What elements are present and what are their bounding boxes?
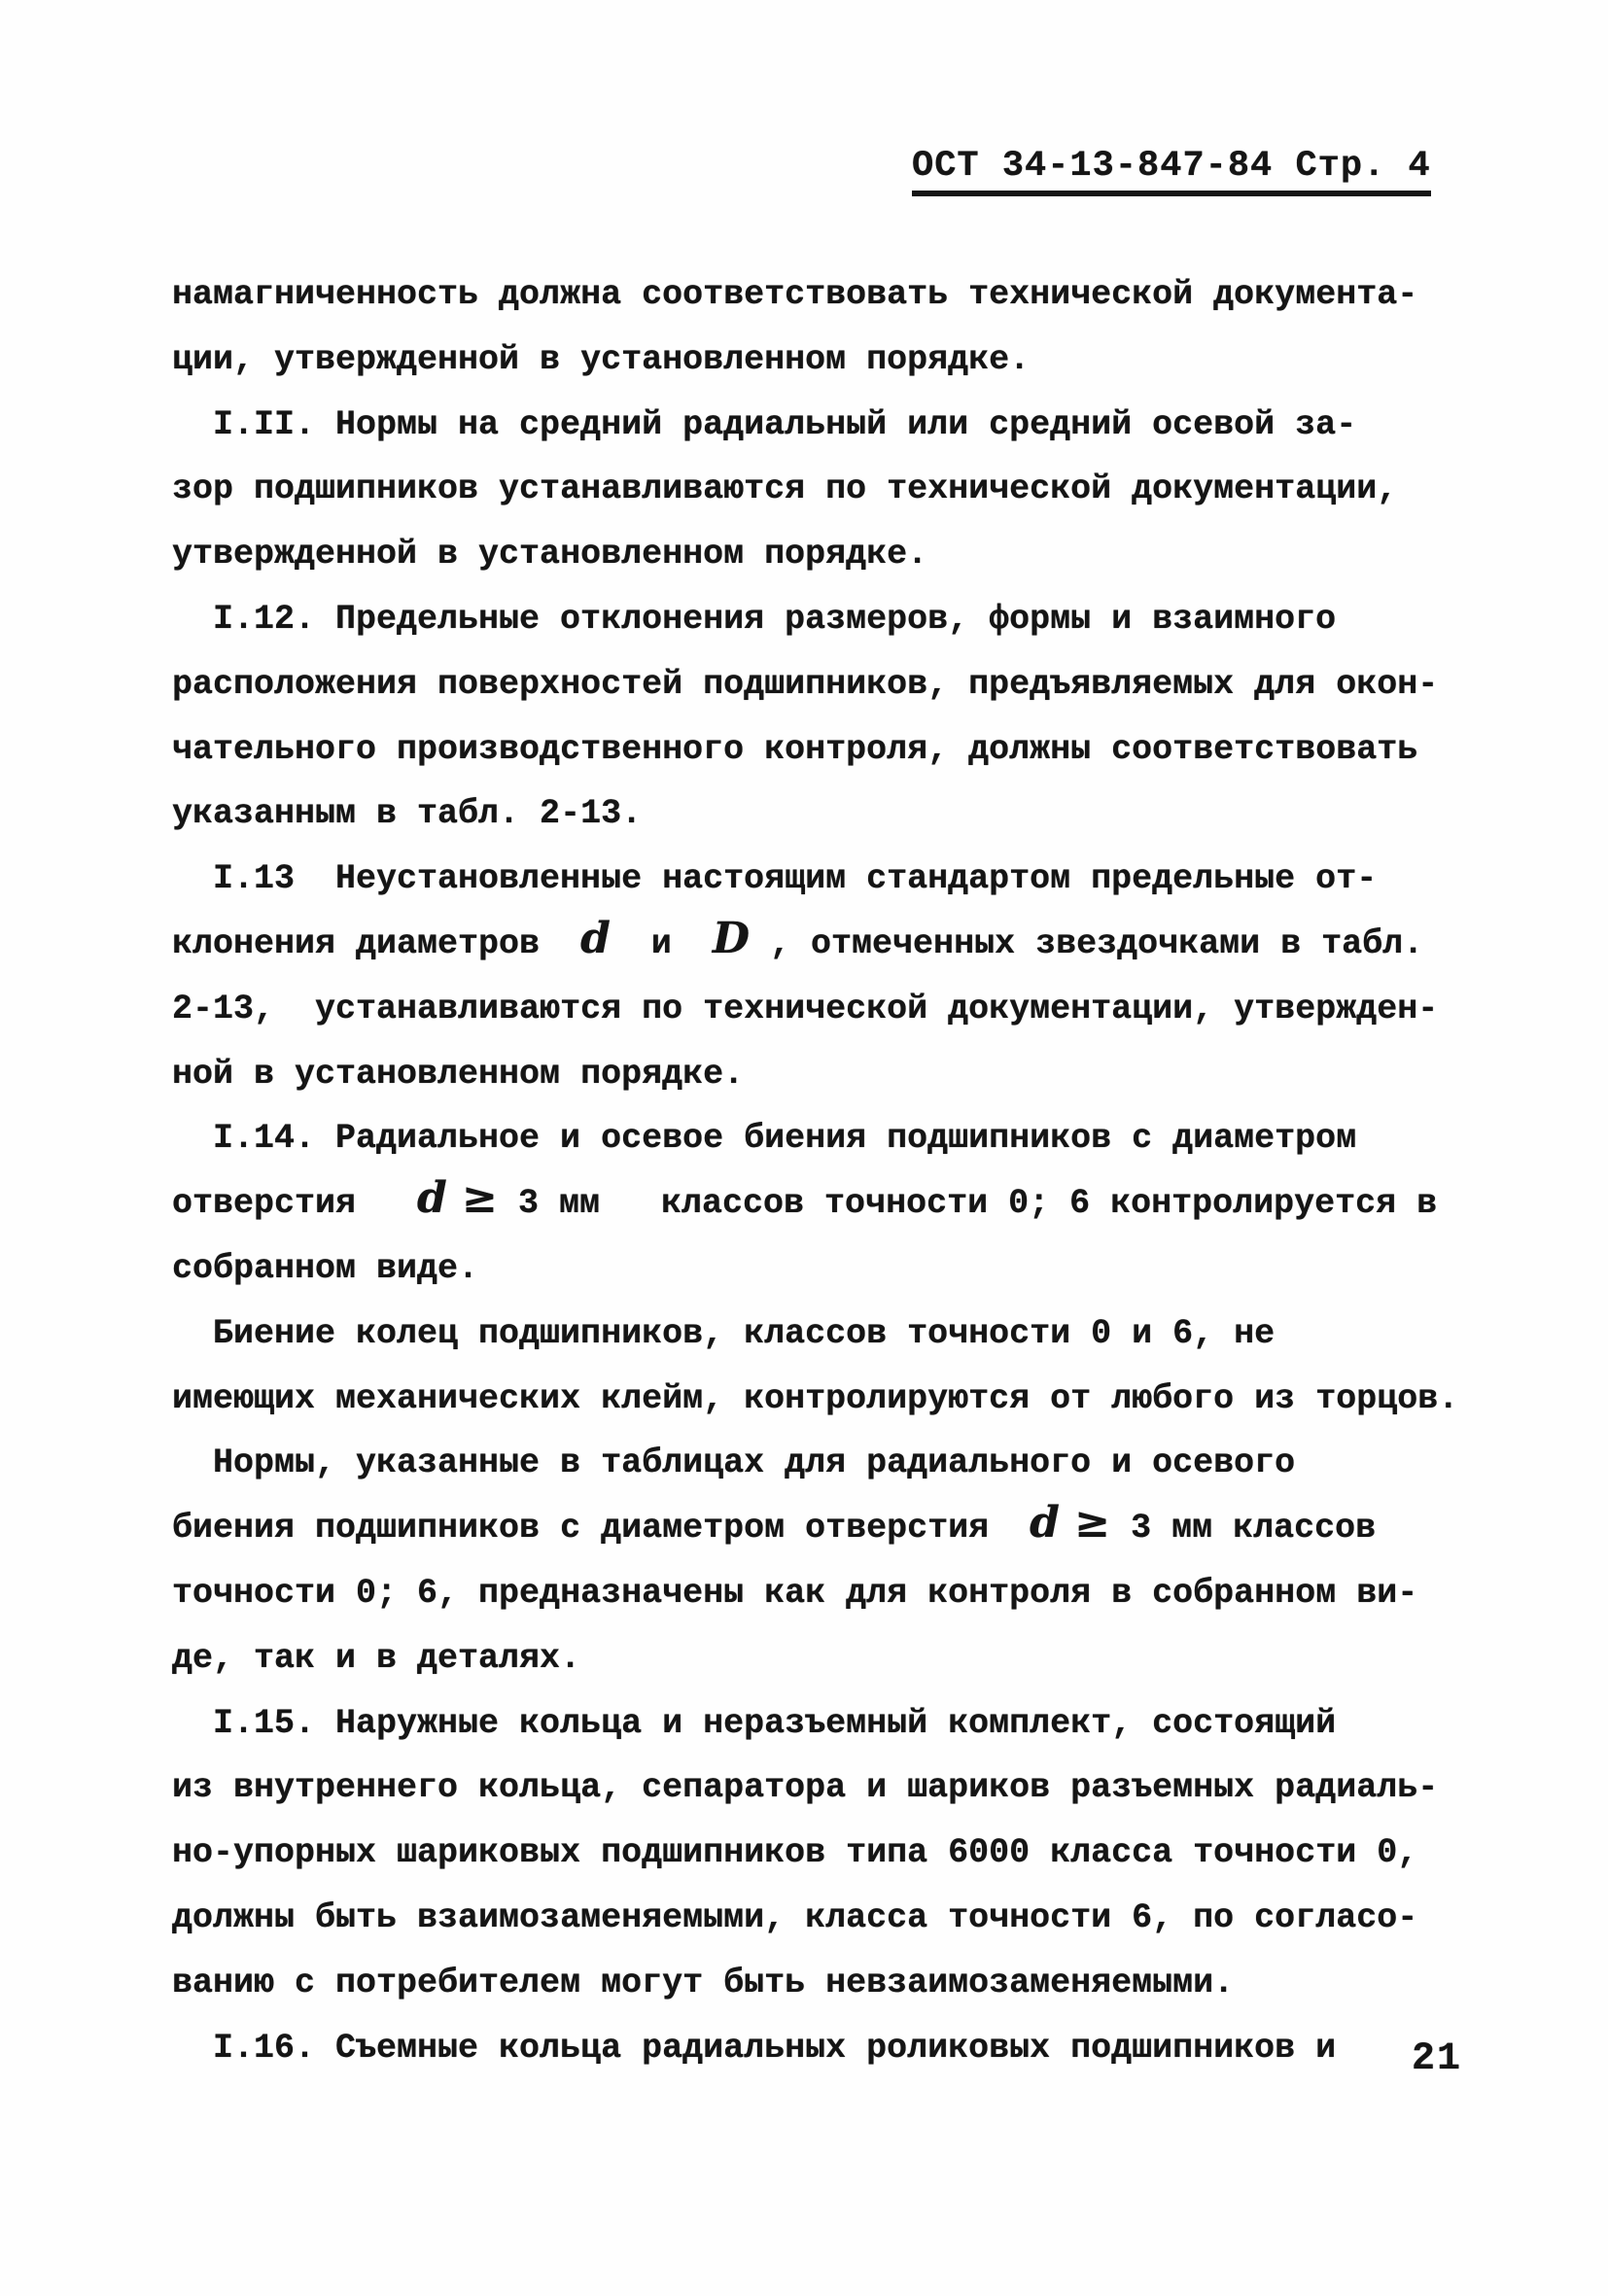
text-line: но-упорных шариковых подшипников типа 60…	[172, 1821, 1494, 1886]
text-line: I.15. Наружные кольца и неразъемный комп…	[172, 1691, 1494, 1757]
text-line: зор подшипников устанавливаются по техни…	[172, 457, 1494, 522]
text-line: I.II. Нормы на средний радиальный или ср…	[172, 393, 1494, 458]
text-line: де, так и в деталях.	[172, 1626, 1494, 1691]
text-line: ной в установленном порядке.	[172, 1042, 1494, 1107]
text-line: должны быть взаимозаменяемыми, класса то…	[172, 1886, 1494, 1951]
text-line: I.12. Предельные отклонения размеров, фо…	[172, 587, 1494, 652]
text-line: имеющих механических клейм, контролируют…	[172, 1367, 1494, 1432]
text-line: I.13 Неустановленные настоящим стандарто…	[172, 847, 1494, 912]
text-line: клонения диаметров d и D , отмеченных зв…	[172, 912, 1494, 977]
text-line: собранном виде.	[172, 1236, 1494, 1302]
text-line: расположения поверхностей подшипников, п…	[172, 652, 1494, 717]
text-line: указанным в табл. 2-13.	[172, 782, 1494, 847]
text-line: I.14. Радиальное и осевое биения подшипн…	[172, 1106, 1494, 1171]
text-line: Нормы, указанные в таблицах для радиальн…	[172, 1431, 1494, 1496]
text-line: из внутреннего кольца, сепаратора и шари…	[172, 1756, 1494, 1821]
text-line: чательного производственного контроля, д…	[172, 717, 1494, 783]
scanned-document-page: ОСТ 34-13-847-84 Стр. 4 намагниченность …	[0, 0, 1608, 2296]
text-line: отверстия d ≥ 3 мм классов точности 0; 6…	[172, 1171, 1494, 1236]
text-line: биения подшипников с диаметром отверстия…	[172, 1496, 1494, 1561]
page-number: 21	[1412, 2037, 1462, 2081]
text-line: I.16. Съемные кольца радиальных роликовы…	[172, 2016, 1494, 2081]
text-line: ции, утвержденной в установленном порядк…	[172, 328, 1494, 393]
text-line: ванию с потребителем могут быть невзаимо…	[172, 1951, 1494, 2016]
document-header-standard-number: ОСТ 34-13-847-84 Стр. 4	[912, 146, 1431, 196]
text-line: Биение колец подшипников, классов точнос…	[172, 1302, 1494, 1367]
document-body: намагниченность должна соответствовать т…	[172, 262, 1494, 2080]
text-line: точности 0; 6, предназначены как для кон…	[172, 1561, 1494, 1626]
text-line: 2-13, устанавливаются по технической док…	[172, 977, 1494, 1042]
text-line: утвержденной в установленном порядке.	[172, 522, 1494, 587]
text-line: намагниченность должна соответствовать т…	[172, 262, 1494, 328]
